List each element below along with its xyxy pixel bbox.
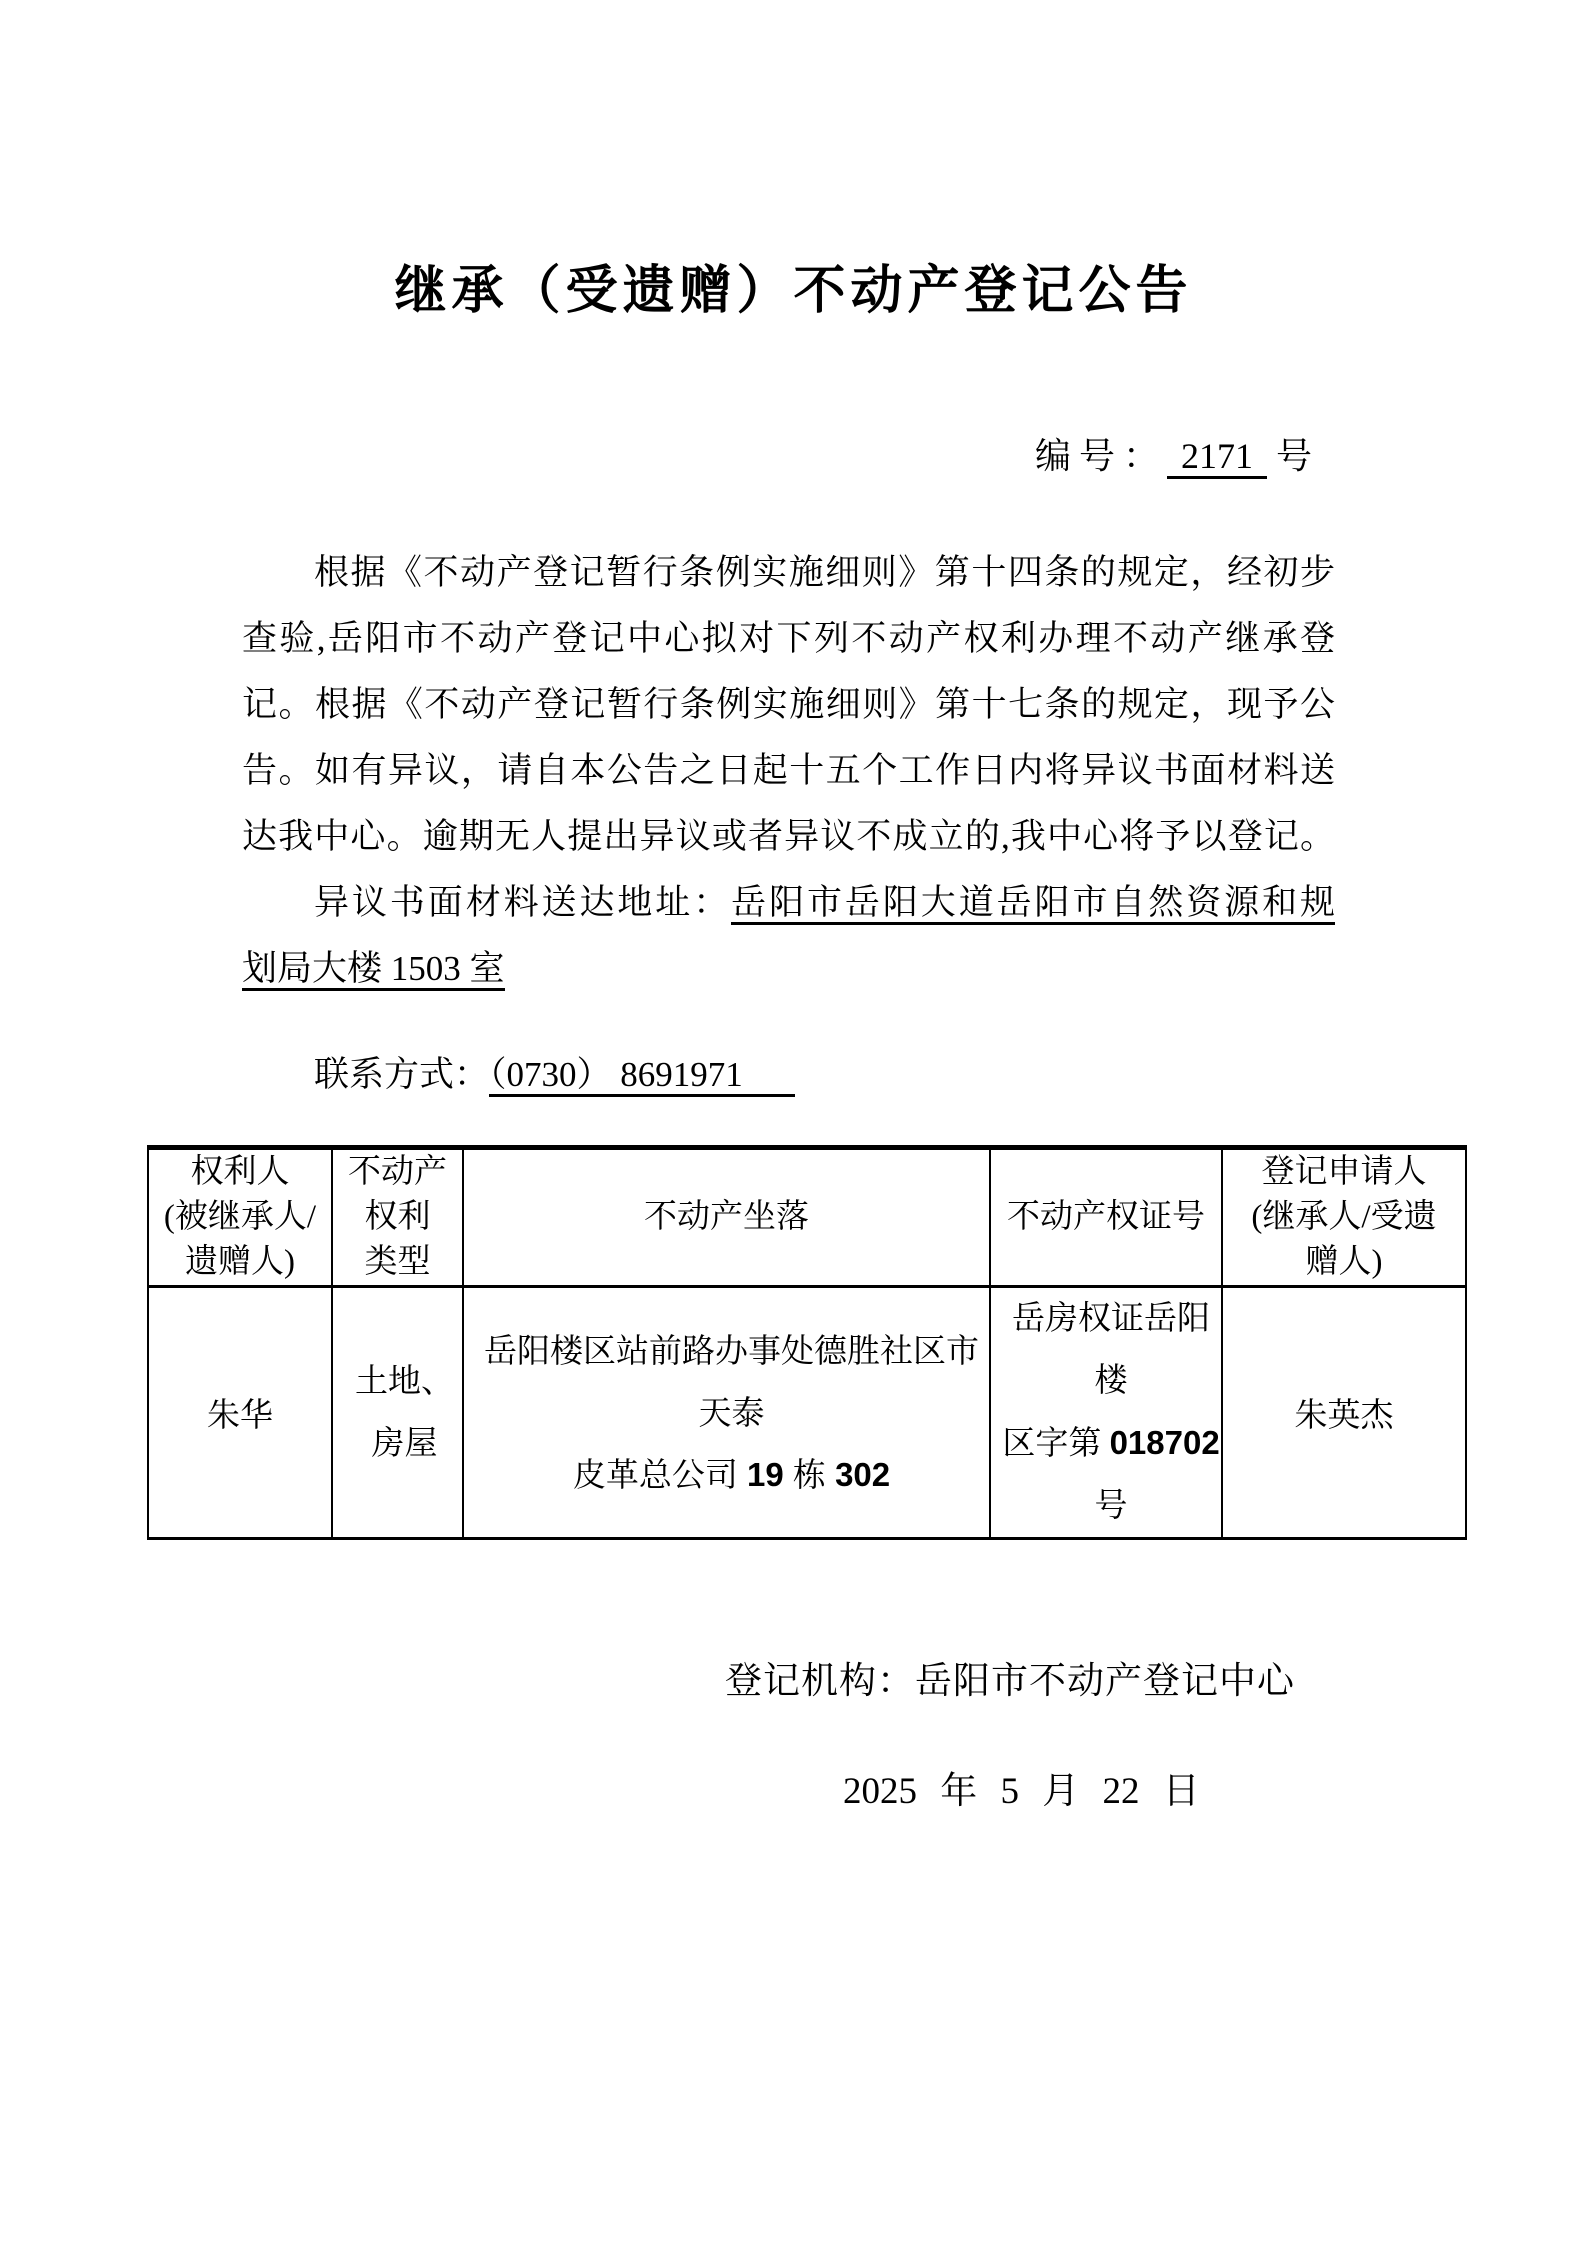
document-page: 继承（受遗赠）不动产登记公告 编号：2171 号 根据《不动产登记暂行条例实施细… <box>0 0 1587 2245</box>
address-line-1: 异议书面材料送达地址：岳阳市岳阳大道岳阳市自然资源和规 <box>242 870 1335 936</box>
contact-line: 联系方式：（0730） 8691971 <box>242 1042 1335 1108</box>
doc-number-suffix: 号 <box>1276 436 1312 476</box>
location-room-number: 302 <box>835 1456 890 1493</box>
page-title: 继承（受遗赠）不动产登记公告 <box>0 248 1587 323</box>
address-value-part2: 划局大楼 1503 室 <box>242 949 505 991</box>
cell-applicant: 朱英杰 <box>1222 1287 1466 1539</box>
doc-number-label: 编号： <box>1035 436 1167 476</box>
address-line-2: 划局大楼 1503 室 <box>242 936 1335 1002</box>
header-right-holder: 权利人 (被继承人/ 遗赠人) <box>148 1148 332 1287</box>
body-line-5: 达我中心。逾期无人提出异议或者异议不成立的,我中心将予以登记。 <box>242 804 1335 870</box>
address-label: 异议书面材料送达地址： <box>314 883 731 922</box>
location-text: 岳阳楼区站前路办事处德胜社区市天泰 皮革总公司 <box>484 1332 979 1493</box>
cell-location: 岳阳楼区站前路办事处德胜社区市天泰 皮革总公司 19 栋 302 <box>463 1287 990 1539</box>
table-header-row: 权利人 (被继承人/ 遗赠人) 不动产 权利 类型 不动产坐落 不动产权证号 登… <box>148 1148 1466 1287</box>
doc-number-value: 2171 <box>1167 436 1267 479</box>
cert-number: 018702 <box>1110 1424 1220 1461</box>
cell-cert-number: 岳房权证岳阳楼 区字第 018702 号 <box>990 1287 1222 1539</box>
property-registration-table: 权利人 (被继承人/ 遗赠人) 不动产 权利 类型 不动产坐落 不动产权证号 登… <box>147 1145 1467 1540</box>
cell-right-type: 土地、 房屋 <box>332 1287 463 1539</box>
doc-number-line: 编号：2171 号 <box>1035 428 1312 479</box>
cert-suffix: 号 <box>1095 1488 1128 1524</box>
header-applicant: 登记申请人 (继承人/受遗 赠人) <box>1222 1148 1466 1287</box>
contact-value: （0730） 8691971 <box>489 1055 795 1097</box>
header-location: 不动产坐落 <box>463 1148 990 1287</box>
header-right-type: 不动产 权利 类型 <box>332 1148 463 1287</box>
contact-label: 联系方式： <box>314 1055 489 1094</box>
notice-date: 2025 年 5 月 22 日 <box>843 1760 1200 1814</box>
body-line-3: 记。根据《不动产登记暂行条例实施细则》第十七条的规定，现予公 <box>242 672 1335 738</box>
registration-authority: 登记机构：岳阳市不动产登记中心 <box>725 1650 1295 1704</box>
address-value-part1: 岳阳市岳阳大道岳阳市自然资源和规 <box>731 883 1335 925</box>
body-line-1: 根据《不动产登记暂行条例实施细则》第十四条的规定，经初步 <box>242 540 1335 606</box>
header-cert-number: 不动产权证号 <box>990 1148 1222 1287</box>
location-unit-label: 栋 <box>784 1456 835 1493</box>
notice-body: 根据《不动产登记暂行条例实施细则》第十四条的规定，经初步 查验,岳阳市不动产登记… <box>242 540 1335 1108</box>
body-line-4: 告。如有异议，请自本公告之日起十五个工作日内将异议书面材料送 <box>242 738 1335 804</box>
cell-right-holder: 朱华 <box>148 1287 332 1539</box>
body-line-2: 查验,岳阳市不动产登记中心拟对下列不动产权利办理不动产继承登 <box>242 606 1335 672</box>
location-building-number: 19 <box>747 1456 784 1493</box>
table-data-row: 朱华 土地、 房屋 岳阳楼区站前路办事处德胜社区市天泰 皮革总公司 19 栋 3… <box>148 1287 1466 1539</box>
